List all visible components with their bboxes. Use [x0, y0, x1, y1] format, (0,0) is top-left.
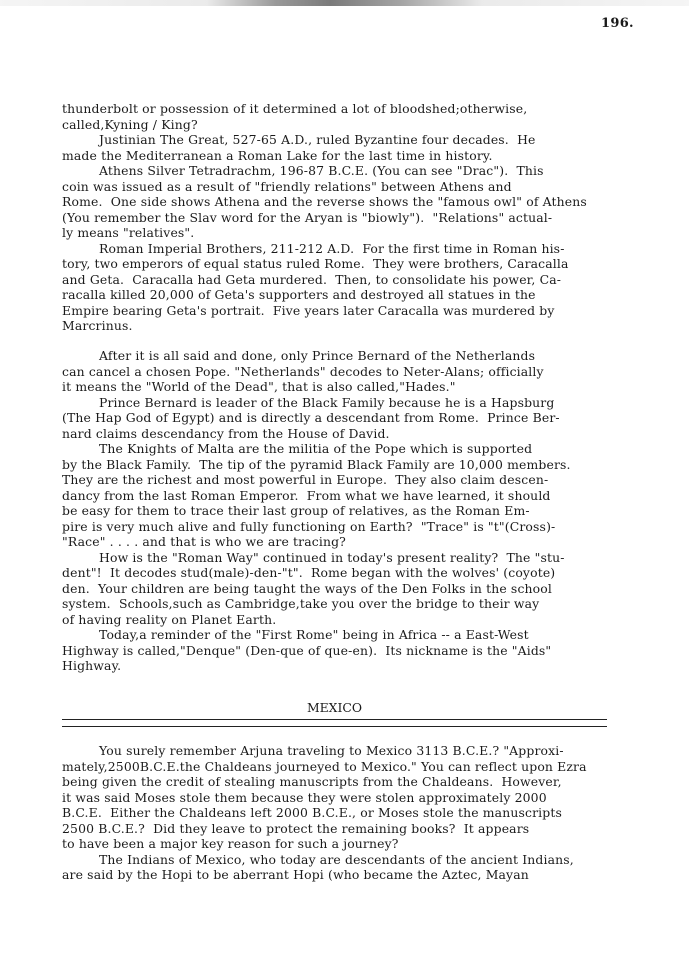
text-line: racalla killed 20,000 of Geta's supporte…	[62, 287, 642, 303]
section-heading-block: MEXICO	[62, 700, 607, 727]
text-line: can cancel a chosen Pope. "Netherlands" …	[62, 364, 642, 380]
text-line: (The Hap God of Egypt) and is directly a…	[62, 410, 642, 426]
text-line: Today,a reminder of the "First Rome" bei…	[62, 627, 642, 643]
text-line: How is the "Roman Way" continued in toda…	[62, 550, 642, 566]
text-line: it means the "World of the Dead", that i…	[62, 379, 642, 395]
text-line: They are the richest and most powerful i…	[62, 472, 642, 488]
text-line: 2500 B.C.E.? Did they leave to protect t…	[62, 821, 642, 837]
text-line: dancy from the last Roman Emperor. From …	[62, 488, 642, 504]
text-line: pire is very much alive and fully functi…	[62, 519, 642, 535]
heading-rule-top	[62, 719, 607, 720]
text-line: Empire bearing Geta's portrait. Five yea…	[62, 303, 642, 319]
text-line: system. Schools,such as Cambridge,take y…	[62, 596, 642, 612]
text-line: by the Black Family. The tip of the pyra…	[62, 457, 642, 473]
text-line: Rome. One side shows Athena and the reve…	[62, 194, 642, 210]
text-line: B.C.E. Either the Chaldeans left 2000 B.…	[62, 805, 642, 821]
text-line: Justinian The Great, 527-65 A.D., ruled …	[62, 132, 642, 148]
text-line: mately,2500B.C.E.the Chaldeans journeyed…	[62, 759, 642, 775]
text-line: You surely remember Arjuna traveling to …	[62, 743, 642, 759]
text-line: of having reality on Planet Earth.	[62, 612, 642, 628]
text-line: After it is all said and done, only Prin…	[62, 348, 642, 364]
text-line: (You remember the Slav word for the Arya…	[62, 210, 642, 226]
text-line: are said by the Hopi to be aberrant Hopi…	[62, 867, 642, 883]
text-line: Highway.	[62, 658, 642, 674]
text-line: "Race" . . . . and that is who we are tr…	[62, 534, 642, 550]
text-line: to have been a major key reason for such…	[62, 836, 642, 852]
text-line: Roman Imperial Brothers, 211-212 A.D. Fo…	[62, 241, 642, 257]
text-line: called,Kyning / King?	[62, 117, 642, 133]
paragraph-block-black-family: After it is all said and done, only Prin…	[62, 348, 642, 674]
text-line: thunderbolt or possession of it determin…	[62, 101, 642, 117]
text-line: den. Your children are being taught the …	[62, 581, 642, 597]
text-line: and Geta. Caracalla had Geta murdered. T…	[62, 272, 642, 288]
text-line: The Indians of Mexico, who today are des…	[62, 852, 642, 868]
text-line: Highway is called,"Denque" (Den-que of q…	[62, 643, 642, 659]
paragraph-block-mexico: You surely remember Arjuna traveling to …	[62, 743, 642, 883]
paragraph-block-rome: thunderbolt or possession of it determin…	[62, 101, 642, 334]
text-line: Athens Silver Tetradrachm, 196-87 B.C.E.…	[62, 163, 642, 179]
text-line: tory, two emperors of equal status ruled…	[62, 256, 642, 272]
scan-artifact	[0, 0, 689, 6]
text-line: ly means "relatives".	[62, 225, 642, 241]
text-line: coin was issued as a result of "friendly…	[62, 179, 642, 195]
text-line: be easy for them to trace their last gro…	[62, 503, 642, 519]
page-number: 196.	[601, 16, 634, 31]
text-line: it was said Moses stole them because the…	[62, 790, 642, 806]
section-heading-mexico: MEXICO	[62, 700, 607, 715]
text-line: The Knights of Malta are the militia of …	[62, 441, 642, 457]
heading-rule-bottom	[62, 726, 607, 727]
text-line: being given the credit of stealing manus…	[62, 774, 642, 790]
text-line: Marcrinus.	[62, 318, 642, 334]
text-line: Prince Bernard is leader of the Black Fa…	[62, 395, 642, 411]
text-line: nard claims descendancy from the House o…	[62, 426, 642, 442]
text-line: dent"! It decodes stud(male)-den-"t". Ro…	[62, 565, 642, 581]
text-line: made the Mediterranean a Roman Lake for …	[62, 148, 642, 164]
